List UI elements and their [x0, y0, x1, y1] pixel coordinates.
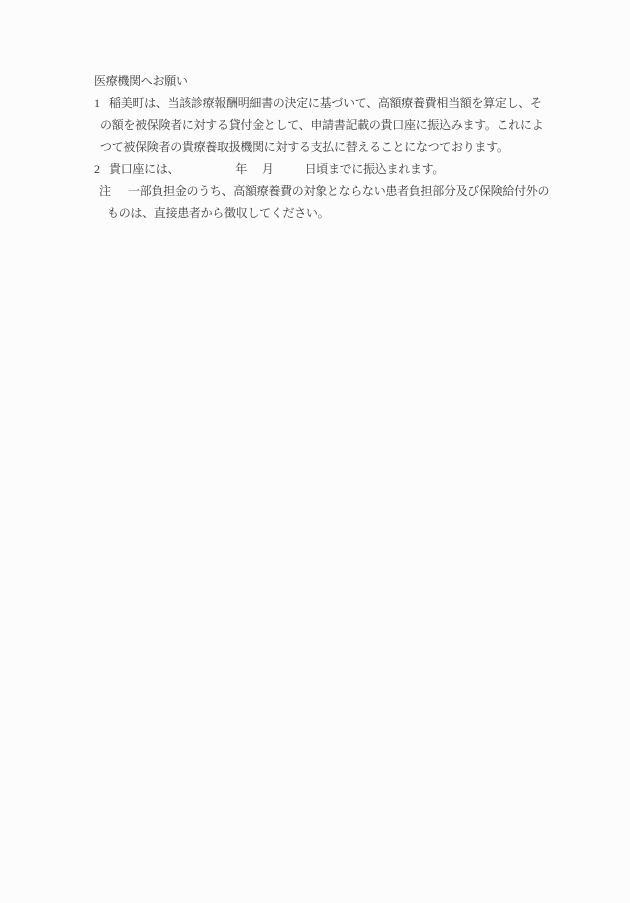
item2-number: 2	[94, 158, 109, 180]
note-label: 注	[99, 180, 128, 202]
day-blank-field	[274, 172, 305, 173]
note-line1-text: 一部負担金のうち、高額療養費の対象とならない患者負担部分及び保険給付外の	[128, 184, 549, 198]
year-blank-field	[179, 172, 235, 173]
day-suffix-text: 日頃までに振込まれます。	[305, 162, 444, 176]
item1-line2: の額を被保険者に対する貸付金として、申請書記載の貴口座に振込みます。これによ	[94, 114, 564, 136]
item1-line3: つて被保険者の貴療養取扱機関に対する支払に替えることになつております。	[94, 136, 564, 158]
item1-line1: 1稲美町は、当該診療報酬明細書の決定に基づいて、高額療養費相当額を算定し、そ	[94, 92, 564, 114]
notice-body: 医療機関へお願い 1稲美町は、当該診療報酬明細書の決定に基づいて、高額療養費相当…	[94, 70, 564, 224]
note-line2: ものは、直接患者から徴収してください。	[94, 202, 564, 224]
item2-prefix: 貴口座には、	[109, 162, 179, 176]
item1-number: 1	[94, 92, 109, 114]
month-blank-field	[247, 172, 262, 173]
notice-heading: 医療機関へお願い	[94, 70, 564, 92]
month-label: 月	[262, 162, 274, 176]
note-line1: 注一部負担金のうち、高額療養費の対象とならない患者負担部分及び保険給付外の	[94, 180, 564, 202]
document-page: 医療機関へお願い 1稲美町は、当該診療報酬明細書の決定に基づいて、高額療養費相当…	[0, 0, 630, 903]
year-label: 年	[235, 162, 247, 176]
item1-line1-text: 稲美町は、当該診療報酬明細書の決定に基づいて、高額療養費相当額を算定し、そ	[109, 96, 542, 110]
item2-line: 2貴口座には、年月日頃までに振込まれます。	[94, 158, 564, 180]
